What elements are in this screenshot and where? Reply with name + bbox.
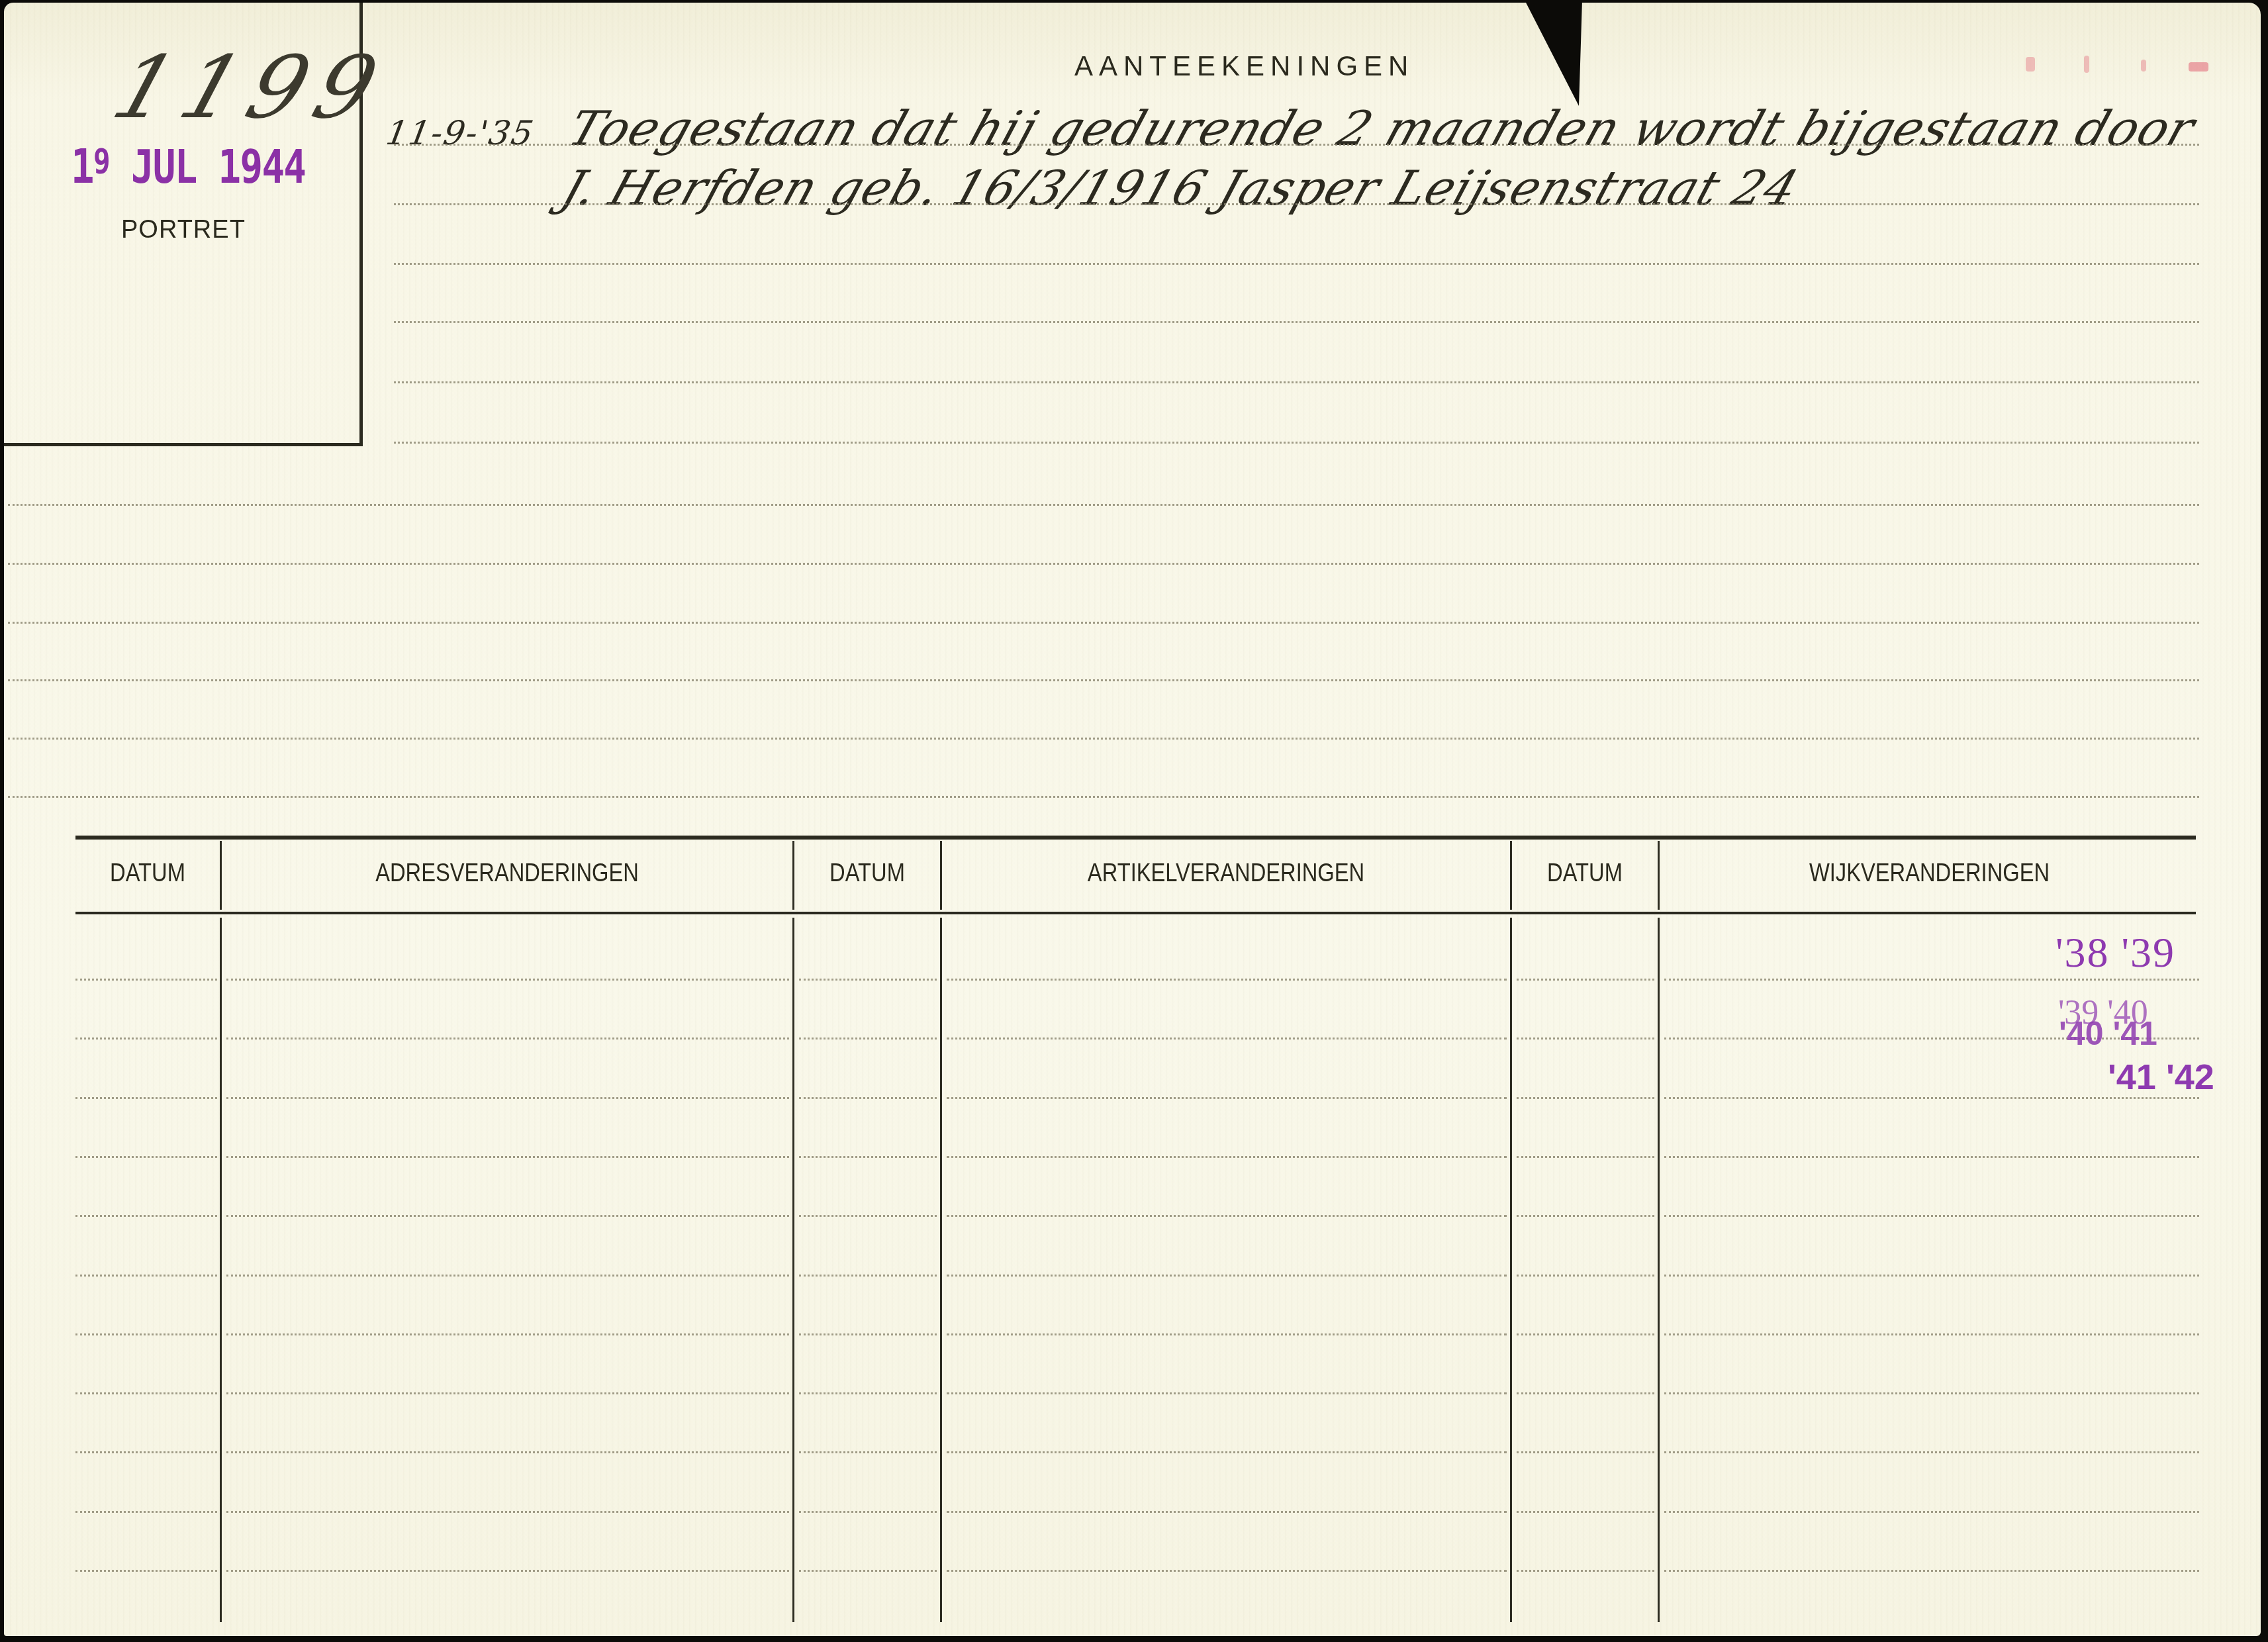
table-row-line (1517, 1511, 1654, 1513)
ruled-line (8, 796, 2199, 798)
table-row-line (75, 1333, 217, 1335)
table-row-line (1664, 1333, 2199, 1335)
table-row-line (75, 979, 217, 981)
table-row-line (226, 1570, 789, 1572)
column-divider (1510, 841, 1512, 910)
table-row-line (1664, 1392, 2199, 1394)
table-row-line (1517, 1451, 1654, 1453)
table-row-line (799, 1511, 937, 1513)
table-row-line (799, 1097, 937, 1099)
ruled-line (8, 504, 2199, 506)
table-row-line (1664, 1511, 2199, 1513)
table-row-line (1517, 1333, 1654, 1335)
table-row-line (947, 1392, 1507, 1394)
header-datum-3: DATUM (1522, 859, 1647, 888)
ruled-line (8, 563, 2199, 565)
table-row-line (75, 1215, 217, 1217)
annotation-text-line-2: J. Herfden geb. 16/3/1916 Jasper Leijsen… (555, 160, 1805, 216)
column-divider (940, 841, 942, 910)
table-row-line (1664, 1215, 2199, 1217)
annotation-date: 11-9-'35 (383, 114, 538, 152)
table-row-line (1664, 1156, 2199, 1158)
table-row-line (947, 1275, 1507, 1277)
table-row-line (226, 1451, 789, 1453)
ruled-line (8, 622, 2199, 624)
table-row-line (226, 1097, 789, 1099)
table-row-line (1517, 1570, 1654, 1572)
registration-card: 1199 19 JUL 1944 PORTRET AANTEEKENINGEN … (4, 3, 2261, 1636)
table-row-line (947, 1156, 1507, 1158)
table-row-line (799, 1333, 937, 1335)
wijk-stamp: '38 '39 (2055, 928, 2175, 977)
ruled-line (394, 144, 2199, 146)
ruled-line (394, 442, 2199, 444)
table-row-line (1664, 979, 2199, 981)
red-mark (2141, 60, 2146, 72)
annotation-text-line-1: Toegestaan dat hij gedurende 2 maanden w… (562, 101, 2202, 156)
stamp-day-1: 1 (71, 138, 93, 194)
header-wijkveranderingen: WIJKVERANDERINGEN (1697, 859, 2161, 888)
table-row-line (226, 1156, 789, 1158)
table-row-line (1664, 1275, 2199, 1277)
file-number: 1199 (101, 37, 401, 138)
stamp-month: JUL (131, 140, 197, 194)
table-row-line (1517, 1038, 1654, 1039)
column-divider (1658, 918, 1660, 1622)
column-divider (940, 918, 942, 1622)
table-row-line (75, 1570, 217, 1572)
table-row-line (75, 1097, 217, 1099)
column-divider (1510, 918, 1512, 1622)
table-row-line (75, 1392, 217, 1394)
ruled-line (394, 263, 2199, 265)
column-divider (792, 918, 794, 1622)
stamp-day-2: 9 (93, 142, 109, 182)
ruled-line (8, 679, 2199, 681)
table-row-line (1517, 1392, 1654, 1394)
wijk-stamp: '41 '42 (2108, 1057, 2214, 1098)
table-top-rule (75, 836, 2196, 840)
ruled-line (8, 738, 2199, 740)
table-row-line (799, 1038, 937, 1039)
table-header-rule (75, 912, 2196, 914)
table-row-line (947, 979, 1507, 981)
table-row-line (799, 1392, 937, 1394)
column-divider (1658, 841, 1660, 910)
table-row-line (226, 1511, 789, 1513)
table-row-line (226, 979, 789, 981)
table-row-line (947, 1097, 1507, 1099)
table-row-line (947, 1215, 1507, 1217)
table-row-line (1517, 1097, 1654, 1099)
header-adresveranderingen: ADRESVERANDERINGEN (261, 859, 752, 888)
header-artikelveranderingen: ARTIKELVERANDERINGEN (982, 859, 1470, 888)
table-row-line (947, 1333, 1507, 1335)
table-row-line (1517, 1275, 1654, 1277)
table-row-line (799, 1156, 937, 1158)
table-row-line (1664, 1451, 2199, 1453)
header-datum-1: DATUM (85, 859, 209, 888)
table-row-line (799, 1275, 937, 1277)
table-row-line (75, 1275, 217, 1277)
table-row-line (947, 1570, 1507, 1572)
column-divider (792, 841, 794, 910)
table-row-line (226, 1038, 789, 1039)
table-row-line (799, 979, 937, 981)
red-mark (2189, 62, 2208, 72)
column-divider (220, 918, 222, 1622)
table-row-line (1664, 1570, 2199, 1572)
ruled-line (394, 321, 2199, 323)
wijk-stamp: '40 '41 (2059, 1014, 2157, 1053)
table-row-line (947, 1511, 1507, 1513)
red-mark (2084, 56, 2089, 73)
column-divider (220, 841, 222, 910)
table-row-line (75, 1156, 217, 1158)
table-row-line (75, 1511, 217, 1513)
table-row-line (799, 1570, 937, 1572)
table-row-line (75, 1038, 217, 1039)
table-row-line (226, 1333, 789, 1335)
table-row-line (1517, 1156, 1654, 1158)
table-row-line (947, 1451, 1507, 1453)
red-mark (2026, 57, 2035, 72)
header-datum-2: DATUM (804, 859, 929, 888)
date-stamp: 19 JUL 1944 (71, 138, 305, 194)
ruled-line (394, 203, 2199, 205)
annotations-title: AANTEEKENINGEN (1074, 50, 1414, 82)
portrait-label: PORTRET (121, 216, 246, 244)
table-row-line (75, 1451, 217, 1453)
table-row-line (799, 1215, 937, 1217)
table-row-line (226, 1215, 789, 1217)
table-row-line (1517, 1215, 1654, 1217)
stamp-year: 1944 (218, 140, 306, 194)
ruled-line (394, 381, 2199, 383)
table-row-line (947, 1038, 1507, 1039)
table-row-line (226, 1392, 789, 1394)
table-row-line (799, 1451, 937, 1453)
table-row-line (1517, 979, 1654, 981)
table-row-line (226, 1275, 789, 1277)
